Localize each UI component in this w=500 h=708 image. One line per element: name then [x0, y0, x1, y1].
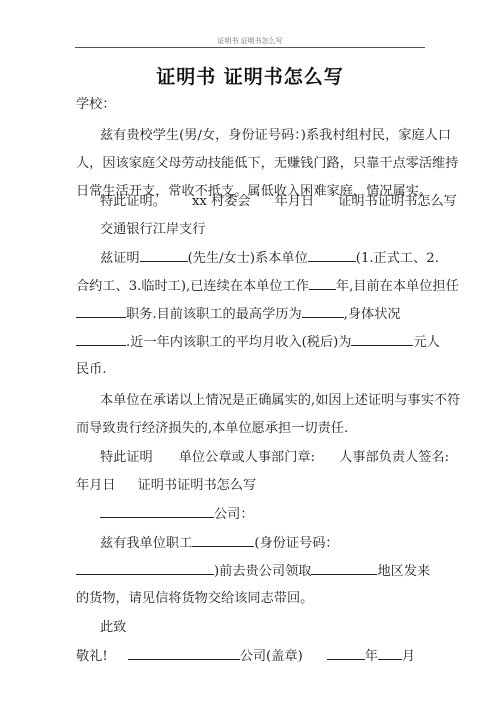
cert-line-4: .近一年内该职工的平均月收入(税后)为元人 [76, 333, 436, 352]
promise-line: 本单位在承诺以上情况是正确属实的,如因上述证明与事实不符 [100, 392, 460, 410]
closing-text: 特此证明 [100, 450, 153, 465]
body-line: 兹有贵校学生(男/女，身份证号码：)系我村组村民，家庭人口 [100, 127, 460, 145]
date-label: 年月日 [275, 194, 315, 209]
letter1-footer: 特此证明。xx 村委会年月日证明书证明书怎么写 [100, 193, 460, 211]
income-blank[interactable] [351, 333, 413, 346]
cert-line-3: 职务.目前该职工的最高学历为,身体状况 [76, 305, 436, 324]
date-label: 年月日 [76, 478, 116, 493]
page-title: 证明书 证明书怎么写 [0, 62, 500, 89]
cert-line-2: 合约工、3.临时工),已连续在本单位工作年,目前在本单位担任 [76, 277, 436, 296]
id-number-blank[interactable] [76, 562, 214, 575]
pickup-line-2: )前去贵公司领取地区发来 [76, 562, 436, 581]
letter2-date-row: 年月日证明书证明书怎么写 [76, 477, 436, 495]
company-blank[interactable] [100, 505, 214, 518]
text: ,身体状况 [344, 307, 401, 322]
addressee-bank: 交通银行江岸支行 [100, 221, 460, 239]
cert-line-1: 兹证明(先生/女士)系本单位(1.正式工、2. [100, 249, 460, 268]
years-blank[interactable] [309, 277, 336, 290]
month-label: 月 [402, 649, 415, 664]
salutation-school: 学校： [76, 96, 436, 114]
text: 合约工、3.临时工),已连续在本单位工作 [76, 279, 309, 294]
company-addressee-row: 公司： [100, 505, 460, 524]
closing-text: 此致 [100, 619, 460, 637]
text: 公司： [214, 507, 254, 522]
seal-label: 单位公章或人事部门章: [179, 450, 315, 465]
position-blank[interactable] [76, 305, 126, 318]
signature-label: 人事部负责人签名: [339, 450, 449, 465]
text: (身份证号码： [254, 536, 338, 551]
unit-blank[interactable] [308, 249, 356, 262]
year-blank[interactable] [327, 647, 365, 660]
text: 职务.目前该职工的最高学历为 [126, 307, 302, 322]
month-blank[interactable] [378, 647, 402, 660]
text: (先生/女士)系本单位 [188, 251, 308, 266]
salute-row: 敬礼!公司(盖章)年月 [76, 647, 436, 666]
text: (1.正式工、2. [356, 251, 439, 266]
cert-line-5: 民币. [76, 361, 436, 379]
trailer-text: 证明书证明书怎么写 [138, 478, 257, 493]
text: 地区发来 [377, 564, 430, 579]
text: 兹有我单位职工 [100, 536, 192, 551]
text: )前去贵公司领取 [214, 564, 311, 579]
text: 兹证明 [100, 251, 140, 266]
name-blank[interactable] [140, 249, 188, 262]
body-line: 人，因该家庭父母劳动技能低下，无赚钱门路，只靠干点零活维持 [76, 155, 436, 173]
signer: xx 村委会 [192, 194, 251, 209]
running-header: 证明书 证明书怎么写 [75, 36, 425, 48]
education-blank[interactable] [302, 305, 344, 318]
pickup-line-3: 的货物，请见信将货物交给该同志带回。 [76, 590, 436, 608]
text: 元人 [413, 335, 439, 350]
letter2-signature-row: 特此证明单位公章或人事部门章:人事部负责人签名: [100, 449, 460, 467]
trailer-text: 证明书证明书怎么写 [338, 194, 457, 209]
region-blank[interactable] [311, 562, 377, 575]
employee-blank[interactable] [192, 534, 254, 547]
salute-text: 敬礼! [76, 649, 108, 664]
health-blank[interactable] [76, 333, 126, 346]
year-label: 年 [365, 649, 378, 664]
text: .近一年内该职工的平均月收入(税后)为 [126, 335, 351, 350]
text: 年,目前在本单位担任 [336, 279, 459, 294]
company-seal-label: 公司(盖章) [240, 649, 303, 664]
promise-line: 而导致贵行经济损失的,本单位愿承担一切责任. [76, 420, 436, 438]
pickup-line-1: 兹有我单位职工(身份证号码： [100, 534, 460, 553]
company-seal-blank[interactable] [128, 647, 240, 660]
closing-text: 特此证明。 [100, 194, 166, 209]
